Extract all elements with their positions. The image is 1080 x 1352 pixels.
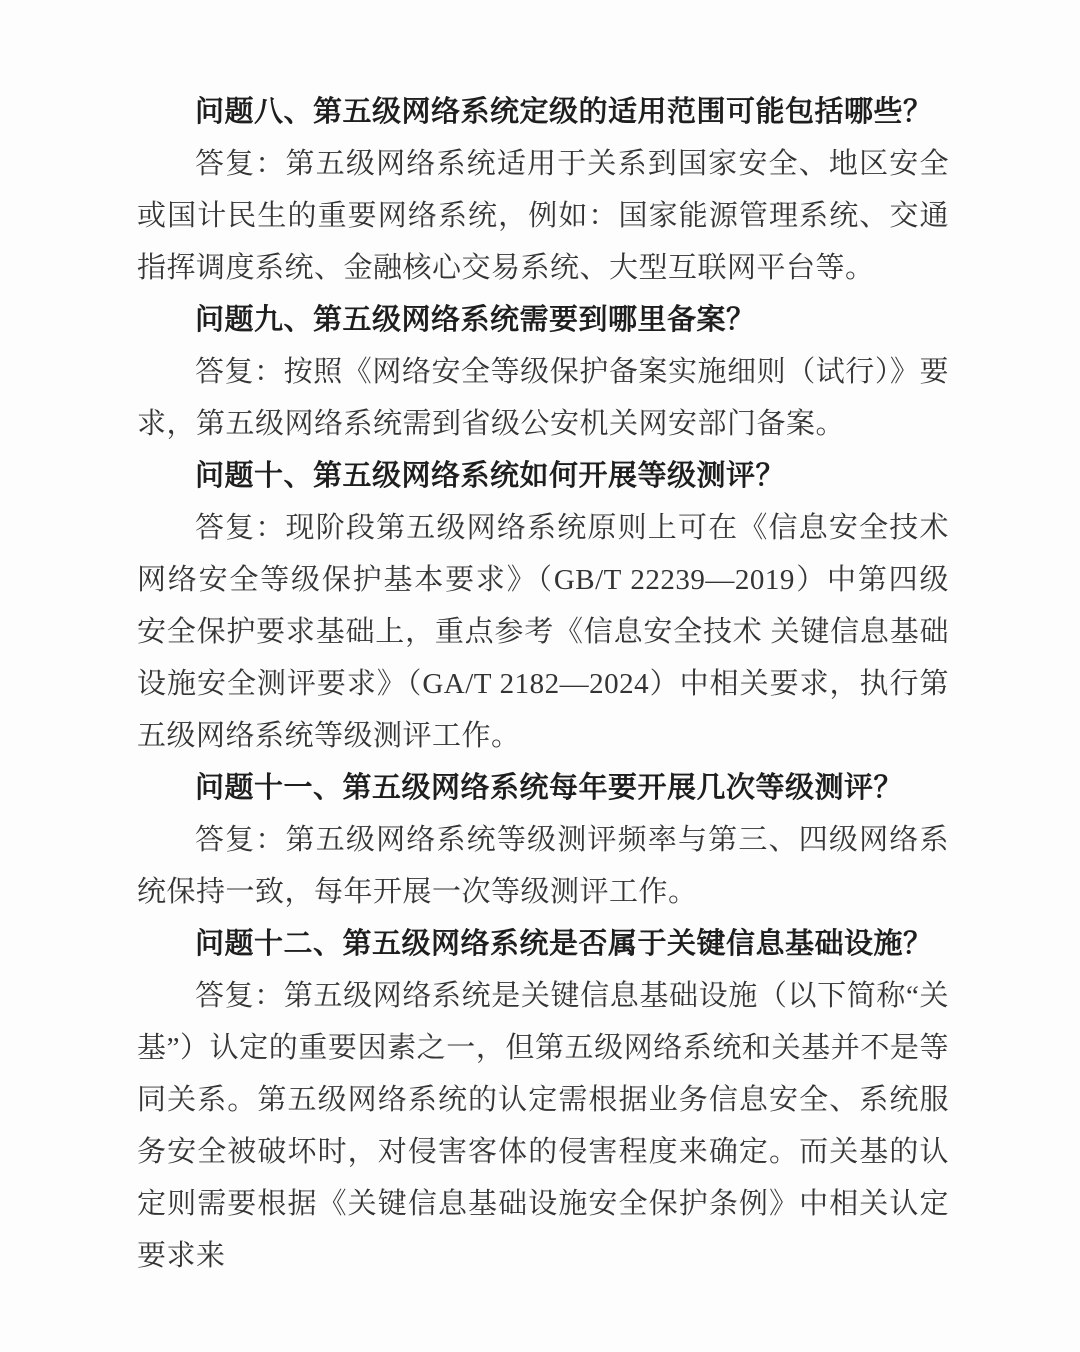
answer-12-paragraph: 答复：第五级网络系统是关键信息基础设施（以下简称“关基”）认定的重要因素之一，但… — [137, 970, 949, 1282]
scanned-document-page: { "colors": { "background": "#fdfdfd", "… — [0, 0, 1080, 1352]
document-page: 问题八、第五级网络系统定级的适用范围可能包括哪些？ 答复：第五级网络系统适用于关… — [0, 0, 1080, 1352]
question-9-heading: 问题九、第五级网络系统需要到哪里备案？ — [137, 294, 949, 346]
question-11-heading: 问题十一、第五级网络系统每年要开展几次等级测评？ — [137, 762, 949, 814]
question-8-heading: 问题八、第五级网络系统定级的适用范围可能包括哪些？ — [137, 86, 949, 138]
question-10-heading: 问题十、第五级网络系统如何开展等级测评？ — [137, 450, 949, 502]
question-12-heading: 问题十二、第五级网络系统是否属于关键信息基础设施？ — [137, 918, 949, 970]
answer-11-paragraph: 答复：第五级网络系统等级测评频率与第三、四级网络系统保持一致，每年开展一次等级测… — [137, 814, 949, 918]
answer-9-paragraph: 答复：按照《网络安全等级保护备案实施细则（试行）》要求，第五级网络系统需到省级公… — [137, 346, 949, 450]
qa-text-block: 问题八、第五级网络系统定级的适用范围可能包括哪些？ 答复：第五级网络系统适用于关… — [137, 86, 949, 1282]
answer-8-paragraph: 答复：第五级网络系统适用于关系到国家安全、地区安全或国计民生的重要网络系统，例如… — [137, 138, 949, 294]
answer-10-paragraph: 答复：现阶段第五级网络系统原则上可在《信息安全技术 网络安全等级保护基本要求》（… — [137, 502, 949, 762]
